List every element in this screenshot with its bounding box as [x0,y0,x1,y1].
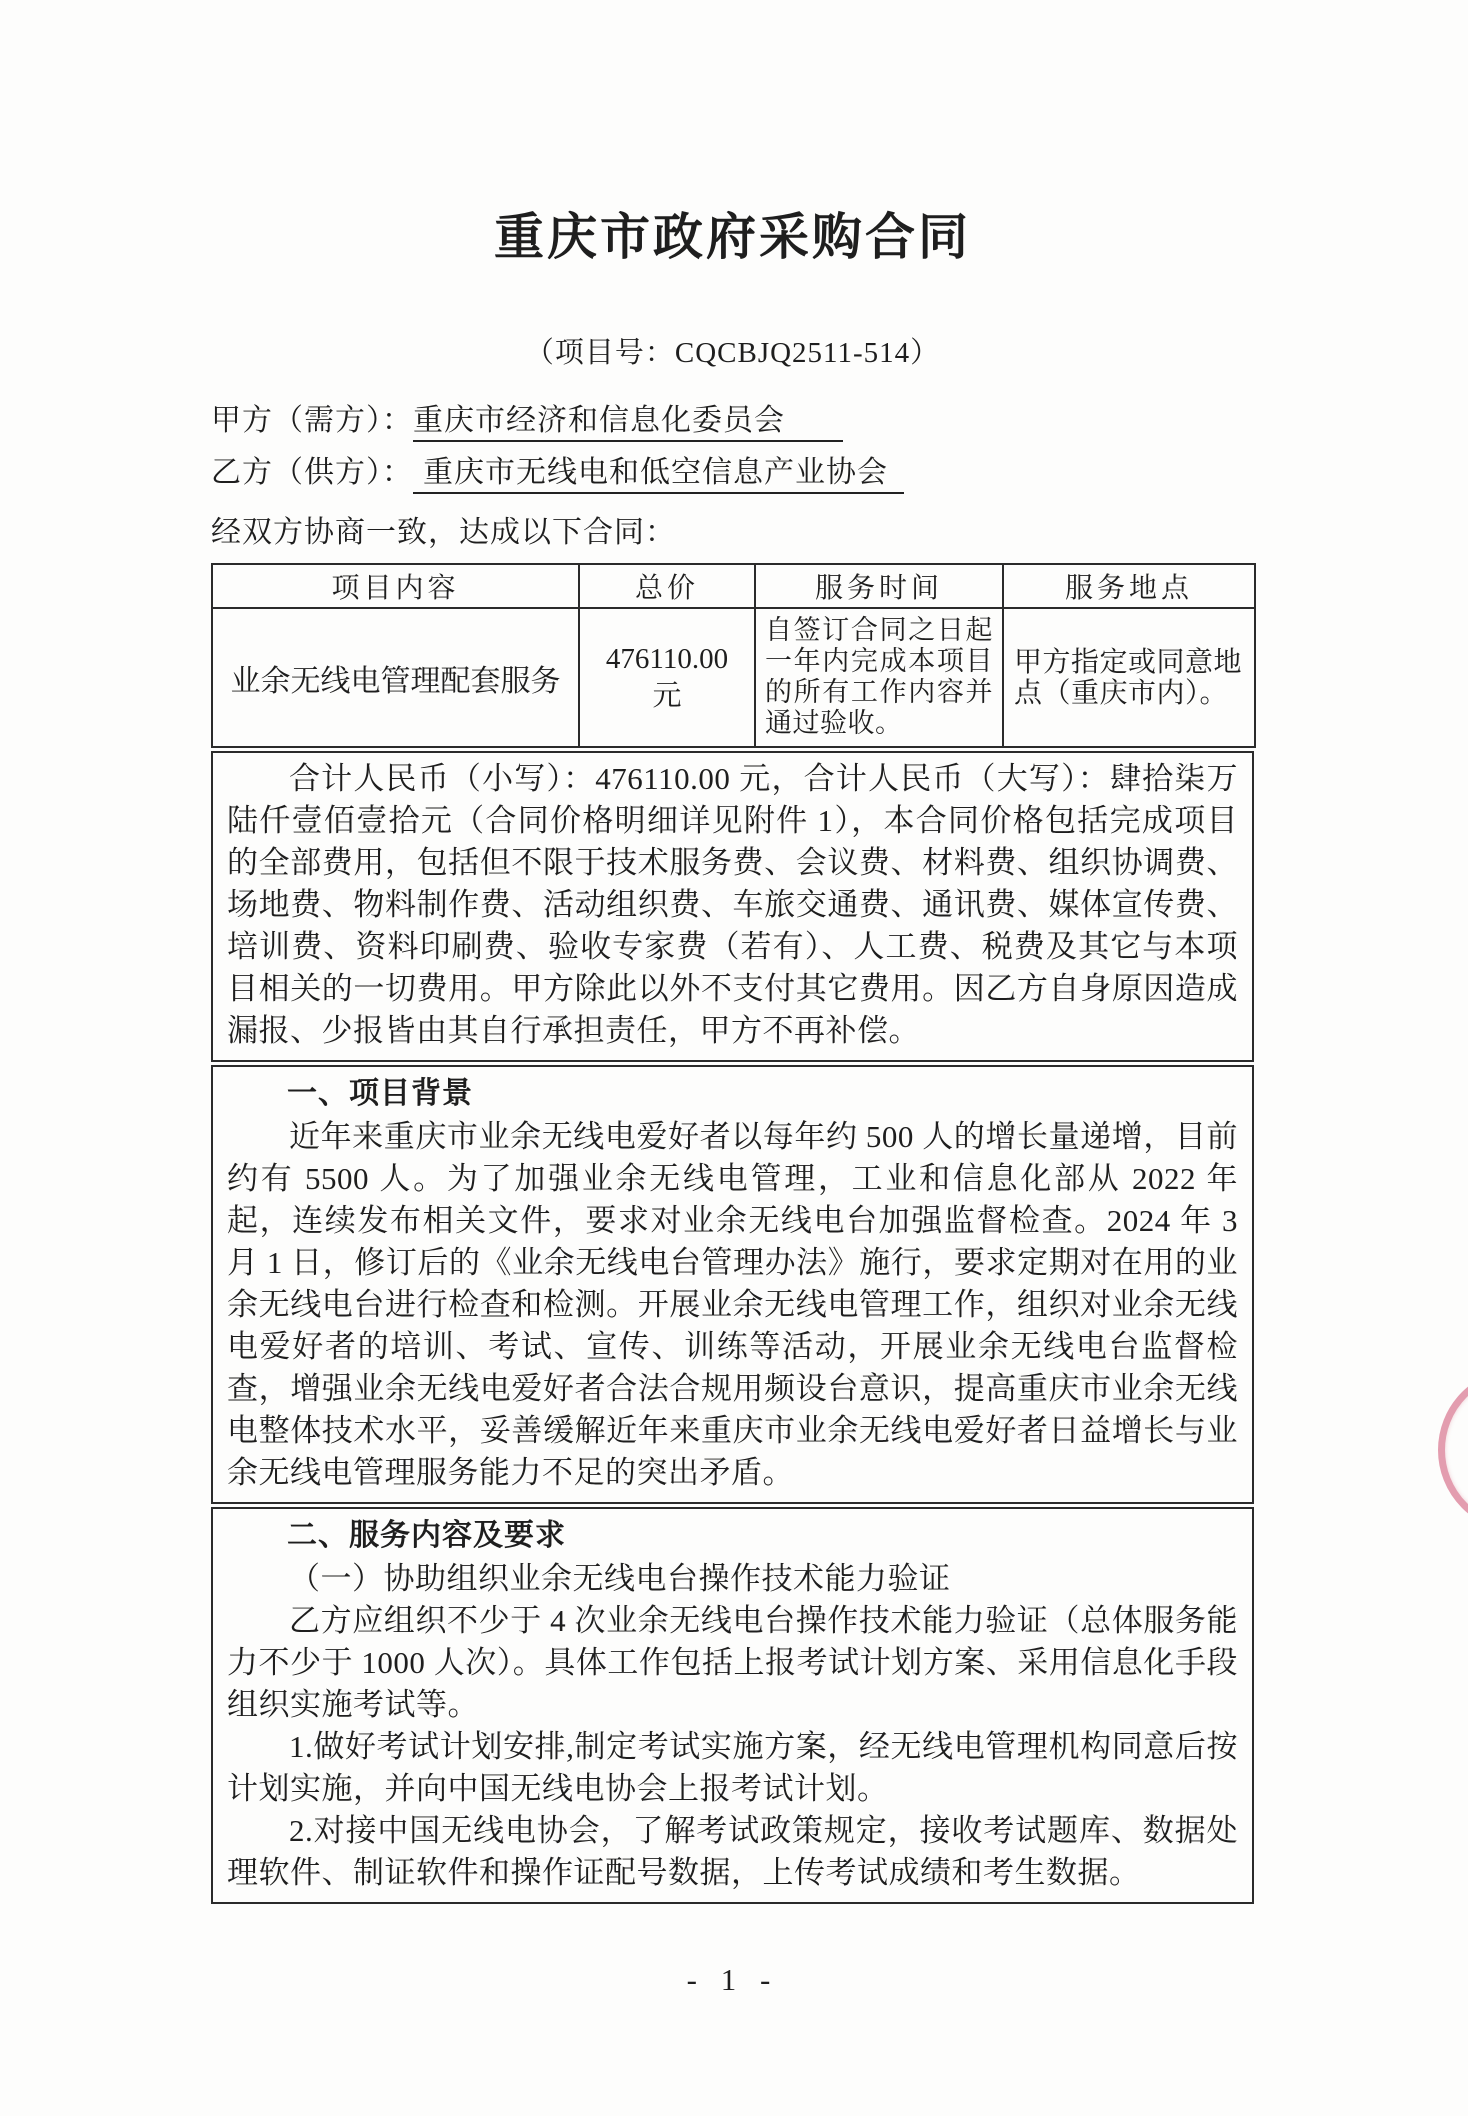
header-total-price: 总价 [579,564,755,608]
price-unit: 元 [582,678,752,715]
background-heading: 一、项目背景 [227,1072,1238,1116]
project-number: （项目号：CQCBJQ2511-514） [211,332,1254,374]
services-item-2: 2.对接中国无线电协会，了解考试政策规定，接收考试题库、数据处理软件、制证软件和… [227,1810,1238,1894]
party-a-label: 甲方（需方）： [211,404,413,437]
party-b-label: 乙方（供方）： [211,456,413,489]
table-header-row: 项目内容 总价 服务时间 服务地点 [212,564,1255,608]
party-a-name: 重庆市经济和信息化委员会 [413,404,843,442]
page-title: 重庆市政府采购合同 [211,208,1254,266]
services-intro: 乙方应组织不少于 4 次业余无线电台操作技术能力验证（总体服务能力不少于 100… [227,1600,1238,1726]
background-paragraph: 近年来重庆市业余无线电爱好者以每年约 500 人的增长量递增，目前约有 5500… [227,1116,1238,1494]
services-heading: 二、服务内容及要求 [227,1514,1238,1558]
header-service-location: 服务地点 [1003,564,1255,608]
price-summary-text: 合计人民币（小写）：476110.00 元，合计人民币（大写）：肆拾柒万陆仟壹佰… [227,758,1238,1052]
table-row: 业余无线电管理配套服务 476110.00 元 自签订合同之日起一年内完成本项目… [212,608,1255,747]
price-amount: 476110.00 [582,641,752,678]
cell-service-time: 自签订合同之日起一年内完成本项目的所有工作内容并通过验收。 [755,608,1003,747]
section-service-requirements: 二、服务内容及要求 （一）协助组织业余无线电台操作技术能力验证 乙方应组织不少于… [211,1507,1254,1904]
section-project-background: 一、项目背景 近年来重庆市业余无线电爱好者以每年约 500 人的增长量递增，目前… [211,1065,1254,1504]
page-number: - 1 - [211,1962,1254,1998]
services-subheading: （一）协助组织业余无线电台操作技术能力验证 [227,1558,1238,1600]
header-service-time: 服务时间 [755,564,1003,608]
party-b-name: 重庆市无线电和低空信息产业协会 [413,456,904,494]
cell-total-price: 476110.00 元 [579,608,755,747]
document-content: 重庆市政府采购合同 （项目号：CQCBJQ2511-514） 甲方（需方）：重庆… [211,0,1254,1998]
price-summary-section: 合计人民币（小写）：476110.00 元，合计人民币（大写）：肆拾柒万陆仟壹佰… [211,751,1254,1062]
cell-item: 业余无线电管理配套服务 [212,608,579,747]
red-stamp-arc [1438,1368,1468,1532]
party-b-line: 乙方（供方）：重庆市无线电和低空信息产业协会 [211,452,1254,494]
header-item: 项目内容 [212,564,579,608]
contract-table: 项目内容 总价 服务时间 服务地点 业余无线电管理配套服务 476110.00 … [211,563,1256,748]
cell-service-location: 甲方指定或同意地点（重庆市内）。 [1003,608,1255,747]
services-item-1: 1.做好考试计划安排,制定考试实施方案，经无线电管理机构同意后按计划实施，并向中… [227,1726,1238,1810]
agreement-line: 经双方协商一致，达成以下合同： [211,512,1254,554]
party-a-line: 甲方（需方）：重庆市经济和信息化委员会 [211,400,1254,442]
contract-page: 重庆市政府采购合同 （项目号：CQCBJQ2511-514） 甲方（需方）：重庆… [0,0,1468,2116]
